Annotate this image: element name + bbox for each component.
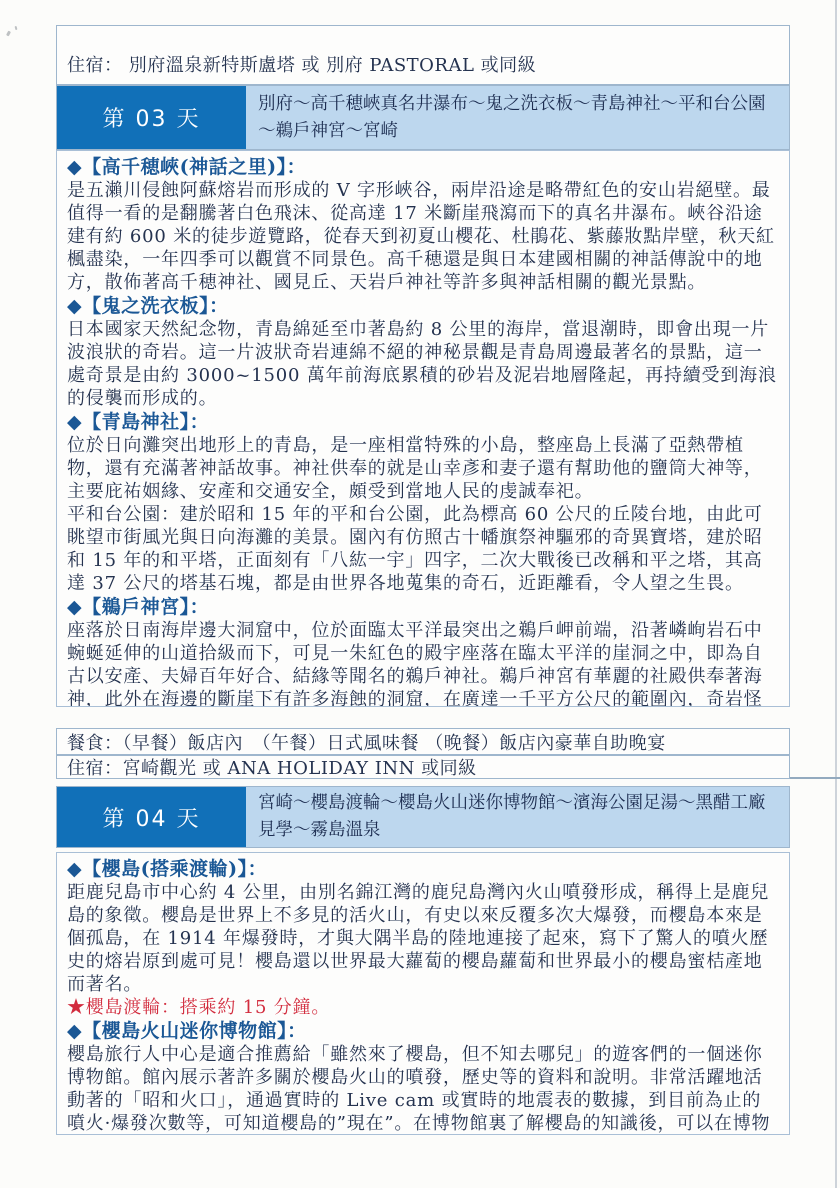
section-heading-takachiho: ◆【高千穂峽(神話之里)】：: [67, 155, 779, 179]
accommodation-row-previous-day: 住宿： 別府溫泉新特斯盧塔 或 別府 PASTORAL 或同級: [56, 25, 790, 85]
section-paragraph: 位於日向灘突出地形上的青島，是一座相當特殊的小島，整座島上長滿了亞熱帶植物，還有…: [67, 434, 779, 503]
day04-details-box: ◆【櫻島(搭乘渡輪)】： 距鹿兒島市中心約 4 公里，由別名錦江灣的鹿兒島灣內火…: [56, 852, 790, 1135]
accommodation-text: 住宿：宮崎觀光 或 ANA HOLIDAY INN 或同級: [67, 755, 477, 779]
section-paragraph: 日本國家天然紀念物，青島綿延至巾著島約 8 公里的海岸，當退潮時，即會出現一片波…: [67, 318, 779, 410]
section-heading-aoshima-shrine: ◆【青島神社】：: [67, 410, 779, 434]
section-paragraph: 櫻島旅行人中心是適合推薦給「雖然來了櫻島，但不知去哪兒」的遊客們的一個迷你博物館…: [67, 1043, 779, 1135]
scan-speckle: [15, 26, 18, 30]
day03-route-title-text: 別府～高千穂峽真名井瀑布～鬼之洗衣板～青島神社～平和台公園～鵜戶神宮～宮崎: [258, 91, 779, 145]
day04-header: 第 04 天 宮崎～櫻島渡輪～櫻島火山迷你博物館～濱海公園足湯～黑醋工廠見學～霧…: [56, 786, 790, 848]
section-heading-oni-washboard: ◆【鬼之洗衣板】：: [67, 294, 779, 318]
section-paragraph: 座落於日南海岸邊大洞窟中，位於面臨太平洋最突出之鵜戶岬前端，沿著嶙峋岩石中蜿蜒延…: [67, 619, 779, 707]
day03-details-box: ◆【高千穂峽(神話之里)】： 是五瀨川侵蝕阿蘇熔岩而形成的 V 字形峽谷，兩岸沿…: [56, 150, 790, 707]
section-heading-sakurajima-museum: ◆【櫻島火山迷你博物館】：: [67, 1019, 779, 1043]
day04-route-title-text: 宮崎～櫻島渡輪～櫻島火山迷你博物館～濱海公園足湯～黑醋工廠見學～霧島溫泉: [258, 790, 779, 844]
meals-row-day03: 餐食：（早餐）飯店內 （午餐）日式風味餐 （晚餐）飯店內豪華自助晚宴: [56, 728, 790, 755]
section-paragraph: 平和台公園：建於昭和 15 年的平和台公園，此為標高 60 公尺的丘陵台地，由此…: [67, 503, 779, 595]
day03-route-title: 別府～高千穂峽真名井瀑布～鬼之洗衣板～青島神社～平和台公園～鵜戶神宮～宮崎: [246, 86, 789, 149]
section-paragraph: 距鹿兒島市中心約 4 公里，由別名錦江灣的鹿兒島灣內火山噴發形成，稱得上是鹿兒島…: [67, 881, 779, 996]
scanned-itinerary-page: 住宿： 別府溫泉新特斯盧塔 或 別府 PASTORAL 或同級 第 03 天 別…: [0, 0, 840, 1188]
accommodation-text: 住宿： 別府溫泉新特斯盧塔 或 別府 PASTORAL 或同級: [67, 51, 536, 77]
day04-route-title: 宮崎～櫻島渡輪～櫻島火山迷你博物館～濱海公園足湯～黑醋工廠見學～霧島溫泉: [246, 787, 789, 847]
section-paragraph: 是五瀨川侵蝕阿蘇熔岩而形成的 V 字形峽谷，兩岸沿途是略帶紅色的安山岩絕壁。最值…: [67, 179, 779, 294]
accommodation-row-day03: 住宿：宮崎觀光 或 ANA HOLIDAY INN 或同級: [56, 755, 790, 779]
table-outside-rule: [790, 777, 840, 779]
ferry-duration-note: ★櫻島渡輪：搭乘約 15 分鐘。: [67, 996, 779, 1019]
section-heading-sakurajima-ferry: ◆【櫻島(搭乘渡輪)】：: [67, 857, 779, 881]
day03-header: 第 03 天 別府～高千穂峽真名井瀑布～鬼之洗衣板～青島神社～平和台公園～鵜戶神…: [56, 85, 790, 150]
day03-label: 第 03 天: [57, 86, 246, 149]
day04-label: 第 04 天: [57, 787, 246, 847]
meals-text: 餐食：（早餐）飯店內 （午餐）日式風味餐 （晚餐）飯店內豪華自助晚宴: [67, 729, 666, 755]
page-edge-scan-line: [835, 0, 837, 1188]
scan-speckle: [6, 31, 11, 37]
section-heading-udo-shrine: ◆【鵜戶神宮】：: [67, 595, 779, 619]
